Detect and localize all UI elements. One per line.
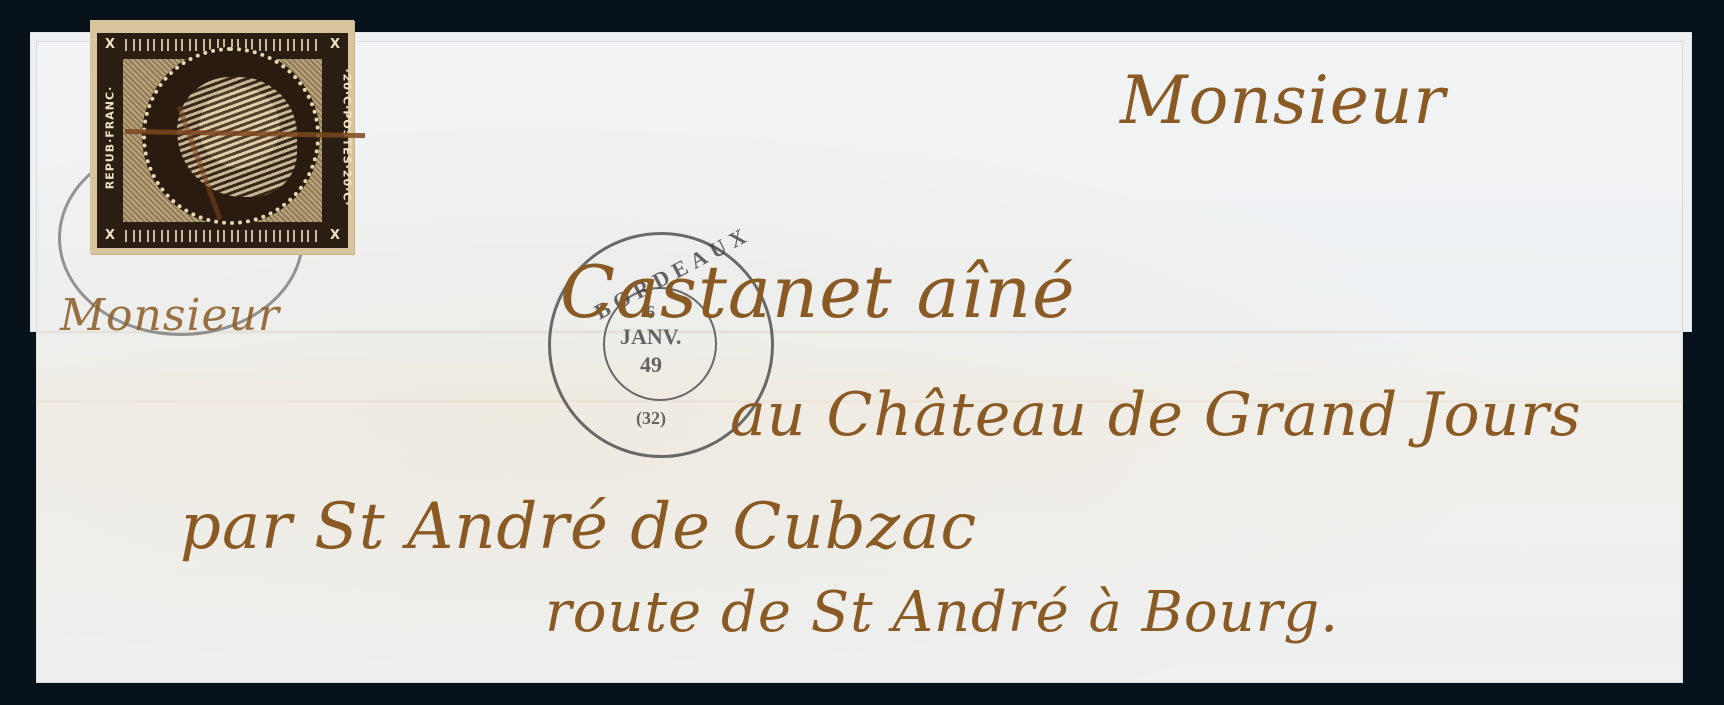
ceres-stamp: X X X X REPUB·FRANC· ·20·C·POSTES·20·C· <box>90 20 354 254</box>
stamp-corner-x: X <box>327 228 343 244</box>
stamp-corner-x: X <box>102 37 118 53</box>
address-line-1: au Château de Grand Jours <box>730 380 1582 450</box>
postmark-department: (32) <box>636 408 666 429</box>
stamp-frame: X X X X REPUB·FRANC· ·20·C·POSTES·20·C· <box>97 33 348 248</box>
addressee-name: Castanet aîné <box>560 250 1076 334</box>
stamp-corner-x: X <box>327 37 343 53</box>
address-line-3: route de St André à Bourg. <box>545 580 1339 645</box>
stamp-corner-x: X <box>102 228 118 244</box>
letter-cover-image: X X X X REPUB·FRANC· ·20·C·POSTES·20·C· … <box>0 0 1724 705</box>
salutation-monsieur: Monsieur <box>1120 62 1446 139</box>
address-line-2: par St André de Cubzac <box>180 490 977 564</box>
salutation-monsieur-faint: Monsieur <box>60 290 280 341</box>
stamp-left-text: REPUB·FRANC· <box>104 58 117 218</box>
stamp-greek-border-bottom <box>125 230 320 242</box>
postmark-year: 49 <box>640 352 662 378</box>
